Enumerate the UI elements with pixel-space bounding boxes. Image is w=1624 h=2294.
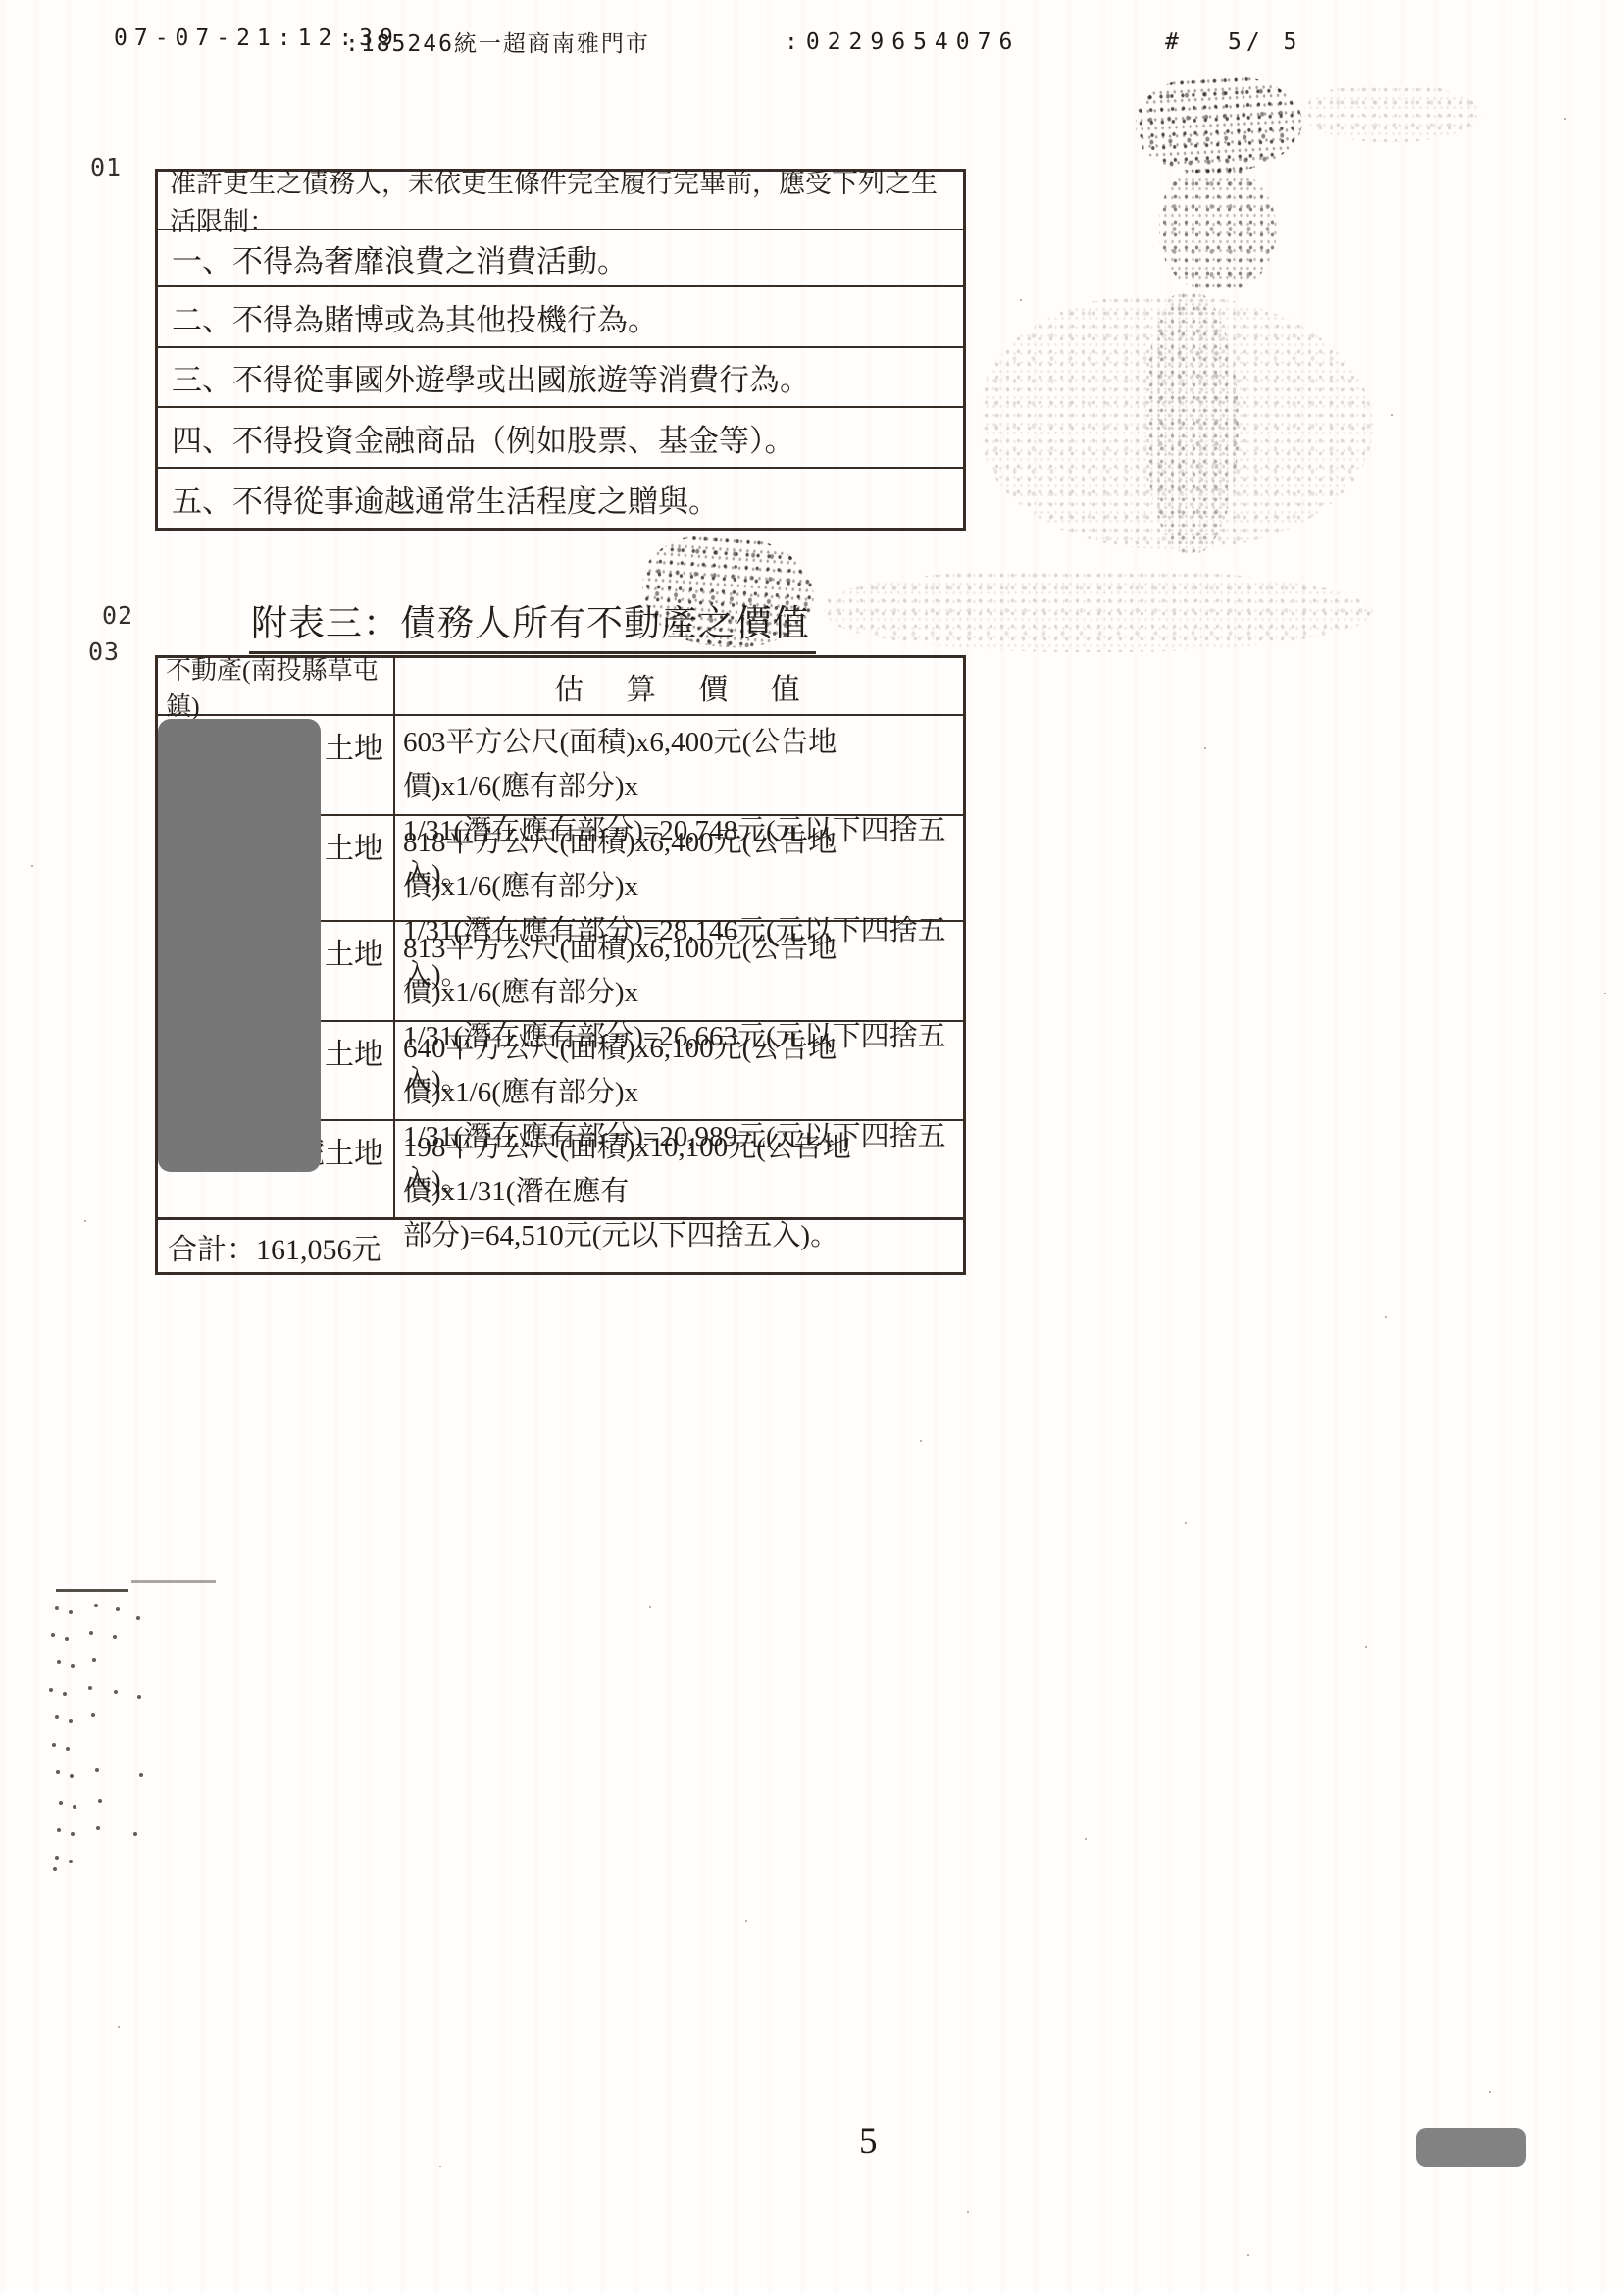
restrictions-table: 准許更生之債務人，未依更生條件完全履行完畢前，應受下列之生活限制： 一、不得為奢… — [155, 169, 966, 531]
valuation-text: 640平方公尺(面積)x6,100元(公告地價)x1/6(應有部分)x 1/31… — [395, 1022, 963, 1119]
restriction-item-5: 五、不得從事逾越通常生活程度之贈與。 — [158, 467, 963, 528]
valuation-line-1: 640平方公尺(面積)x6,100元(公告地價)x1/6(應有部分)x — [403, 1027, 963, 1115]
fax-page-hash-icon: # — [1165, 29, 1185, 55]
restrictions-intro: 准許更生之債務人，未依更生條件完全履行完畢前，應受下列之生活限制： — [158, 172, 963, 229]
scan-smudge — [1145, 289, 1239, 554]
restriction-item-3: 三、不得從事國外遊學或出國旅遊等消費行為。 — [158, 346, 963, 406]
scan-smudge — [1304, 83, 1481, 142]
footer-gray-tab — [1416, 2128, 1526, 2167]
table-header-row: 不動產(南投縣草屯鎮) 估 算 價 值 — [158, 658, 963, 714]
scan-smudge — [1133, 71, 1304, 178]
margin-label-03: 03 — [88, 637, 120, 666]
fax-station-name: :185246統一超商南雅門市 — [345, 25, 650, 58]
margin-label-01: 01 — [90, 153, 122, 181]
margin-label-02: 02 — [102, 601, 133, 630]
redaction-box — [158, 719, 321, 1172]
valuation-line-1: 603平方公尺(面積)x6,400元(公告地價)x1/6(應有部分)x — [403, 721, 963, 809]
valuation-line-2: 部分)=64,510元(元以下四捨五入)。 — [403, 1214, 963, 1258]
scan-noise-dash — [131, 1580, 216, 1583]
restriction-item-4: 四、不得投資金融商品（例如股票、基金等）。 — [158, 406, 963, 467]
valuation-text: 818平方公尺(面積)x6,400元(公告地價)x1/6(應有部分)x 1/31… — [395, 816, 963, 920]
valuation-text: 813平方公尺(面積)x6,100元(公告地價)x1/6(應有部分)x 1/31… — [395, 922, 963, 1020]
valuation-line-1: 813平方公尺(面積)x6,100元(公告地價)x1/6(應有部分)x — [403, 927, 963, 1015]
scan-specks — [0, 0, 2, 2]
scan-noise-dots — [43, 1577, 47, 1581]
valuation-line-1: 198平方公尺(面積)x10,100元(公告地價)x1/31(潛在應有 — [403, 1126, 963, 1214]
valuation-text: 198平方公尺(面積)x10,100元(公告地價)x1/31(潛在應有 部分)=… — [395, 1121, 963, 1217]
appendix-title: 附表三：債務人所有不動產之價值 — [249, 593, 816, 654]
valuation-text: 603平方公尺(面積)x6,400元(公告地價)x1/6(應有部分)x 1/31… — [395, 716, 963, 814]
column-header-estimated-value: 估 算 價 值 — [395, 658, 963, 714]
scanned-fax-page: 07-07-21:12:39 :185246統一超商南雅門市 :02296540… — [0, 0, 1624, 2294]
scan-smudge — [981, 294, 1373, 549]
fax-page-count: 5/ 5 — [1228, 29, 1301, 55]
fax-number: :0229654076 — [785, 29, 1020, 55]
scan-noise-dash — [56, 1589, 128, 1592]
column-header-property: 不動產(南投縣草屯鎮) — [158, 658, 395, 714]
scan-smudge — [1159, 165, 1277, 292]
page-number: 5 — [859, 2120, 878, 2163]
scan-smudge — [824, 569, 1373, 652]
valuation-line-1: 818平方公尺(面積)x6,400元(公告地價)x1/6(應有部分)x — [403, 821, 963, 909]
restriction-item-2: 二、不得為賭博或為其他投機行為。 — [158, 285, 963, 346]
